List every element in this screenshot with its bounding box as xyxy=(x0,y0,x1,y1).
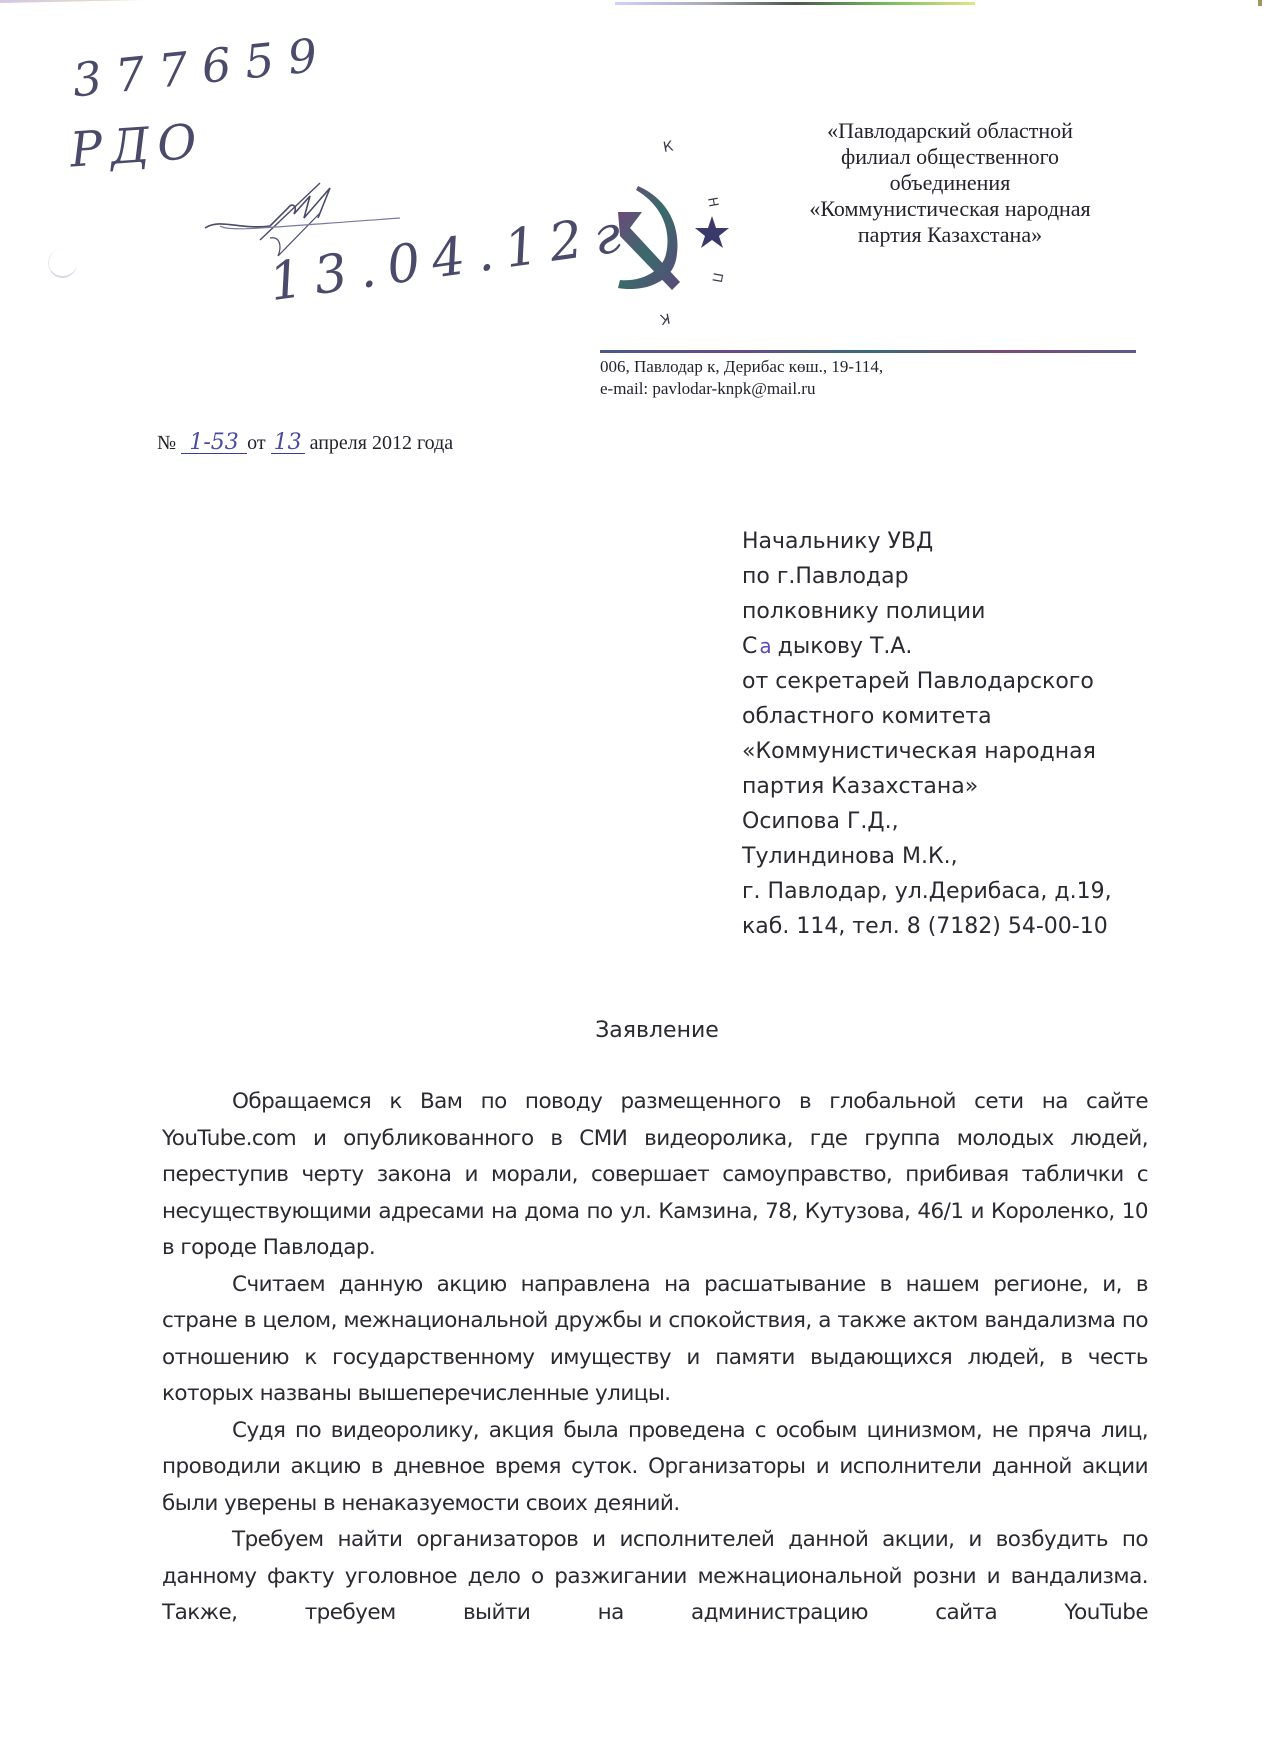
sender-line: «Коммунистическая народная xyxy=(742,734,1112,769)
sender-line: областного комитета xyxy=(742,699,1112,734)
document-title: Заявление xyxy=(0,1018,1264,1043)
sender-line: от секретарей Павлодарского xyxy=(742,664,1112,699)
org-name-line: «Павлодарский областной xyxy=(770,118,1130,144)
body-paragraph: Считаем данную акцию направлена на расша… xyxy=(162,1267,1148,1413)
scan-edge-artifact xyxy=(1258,0,1262,6)
addressee-line: Начальнику УВД xyxy=(742,524,1112,559)
svg-text:К: К xyxy=(662,138,675,155)
scan-edge-artifact xyxy=(615,2,975,5)
document-body: Обращаемся к Вам по поводу размещенного … xyxy=(162,1084,1148,1632)
sender-line: Осипова Г.Д., xyxy=(742,804,1112,839)
addressee-name: Садыкову Т.А. xyxy=(742,629,1112,664)
postal-address: 006, Павлодар к, Дерибас көш., 19-114, xyxy=(600,356,883,378)
org-name-line: филиал общественного xyxy=(770,144,1130,170)
addressee-line: полковнику полиции xyxy=(742,594,1112,629)
body-paragraph: Судя по видеоролику, акция была проведен… xyxy=(162,1413,1148,1523)
outgoing-number: 1-53 xyxy=(181,433,247,454)
sender-line: партия Казахстана» xyxy=(742,769,1112,804)
body-paragraph: Обращаемся к Вам по поводу размещенного … xyxy=(162,1084,1148,1267)
letterhead-divider xyxy=(600,350,1136,353)
addressee-block: Начальнику УВД по г.Павлодар полковнику … xyxy=(742,524,1112,944)
outgoing-month-year: апреля 2012 года xyxy=(310,432,454,454)
scan-edge-artifact xyxy=(0,0,150,3)
addressee-line: по г.Павлодар xyxy=(742,559,1112,594)
handwritten-registration-number: 377659 xyxy=(70,27,334,108)
letterhead-address: 006, Павлодар к, Дерибас көш., 19-114, e… xyxy=(600,356,883,400)
handwritten-department: РДО xyxy=(68,113,206,178)
email-address: e-mail: pavlodar-knpk@mail.ru xyxy=(600,378,883,400)
org-name-line: объединения xyxy=(770,170,1130,196)
hammer-and-sickle-star-logo: К Н П К xyxy=(600,120,740,330)
body-paragraph: Требуем найти организаторов и исполнител… xyxy=(162,1522,1148,1632)
organization-name: «Павлодарский областной филиал обществен… xyxy=(770,118,1130,248)
punch-hole-mark xyxy=(48,248,77,278)
svg-text:К: К xyxy=(659,309,672,326)
handwritten-correction: а xyxy=(759,629,771,664)
svg-text:Н: Н xyxy=(704,196,720,208)
outgoing-reference: № 1-53от 13 апреля 2012 года xyxy=(157,432,453,455)
org-name-line: «Коммунистическая народная xyxy=(770,196,1130,222)
sender-phone: каб. 114, тел. 8 (7182) 54-00-10 xyxy=(742,909,1112,944)
number-sign: № xyxy=(157,432,176,454)
sender-line: Тулиндинова М.К., xyxy=(742,839,1112,874)
svg-text:П: П xyxy=(708,271,724,283)
org-name-line: партия Казахстана» xyxy=(770,222,1130,248)
sender-address: г. Павлодар, ул.Дерибаса, д.19, xyxy=(742,874,1112,909)
from-label: от xyxy=(247,432,265,454)
outgoing-day: 13 xyxy=(271,433,305,454)
